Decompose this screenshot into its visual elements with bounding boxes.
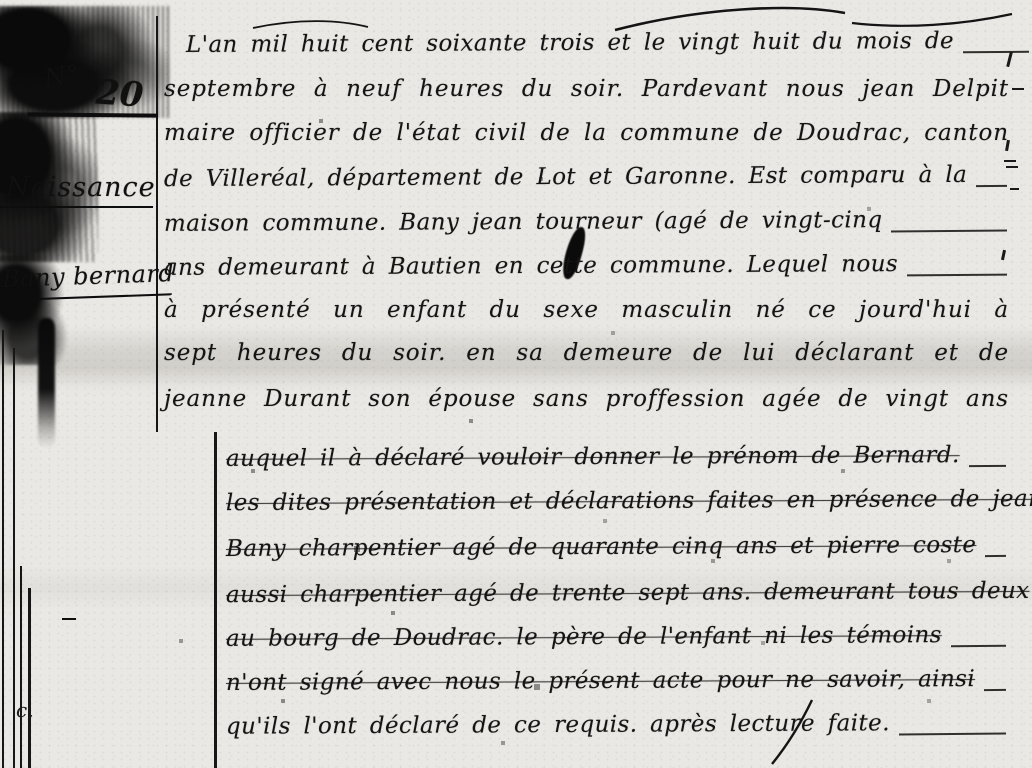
act-line-text: sept heures du soir. en sa demeure de lu… <box>164 340 1009 366</box>
ink-fill-stroke <box>951 645 1006 647</box>
act-line: maison commune. Bany jean tourneur (agé … <box>164 205 1009 239</box>
act-line: sept heures du soir. en sa demeure de lu… <box>164 336 1009 370</box>
act-line-text: qu'ils l'ont déclaré de ce requis. après… <box>226 706 890 743</box>
ink-specks <box>0 0 2 2</box>
act-line: les dites présentation et déclarations f… <box>226 484 1008 518</box>
page-edge-line <box>2 330 4 768</box>
ink-fill-stroke <box>969 465 1006 467</box>
act-line-text: auquel il à déclaré vouloir donner le pr… <box>226 438 960 476</box>
binding-ink-streak <box>38 318 55 448</box>
act-line: Bany charpentier agé de quarante cinq an… <box>226 530 1008 564</box>
registry-page-scan: N° 20 Naissance Bany bernard c, L'an mil… <box>0 0 1032 768</box>
act-number: 20 <box>95 72 145 115</box>
ink-fill-stroke <box>963 51 1029 54</box>
child-name-underline <box>16 293 172 300</box>
act-line-text: de Villeréal, département de Lot et Garo… <box>164 158 967 196</box>
ink-fill-stroke <box>891 229 1007 232</box>
act-type-label: Naissance <box>6 172 156 203</box>
act-line: qu'ils l'ont déclaré de ce requis. après… <box>226 708 1008 742</box>
act-line-text: maison commune. Bany jean tourneur (agé … <box>164 203 883 241</box>
facing-page-tick <box>1010 188 1019 190</box>
margin-rule-upper <box>156 16 158 432</box>
act-line: jeanne Durant son épouse sans proffessio… <box>164 382 1009 416</box>
ink-fill-stroke <box>907 274 1007 277</box>
act-line: à présenté un enfant du sexe masculin né… <box>164 293 1009 327</box>
act-number-sign: N° <box>42 60 82 95</box>
act-line: au bourg de Doudrac. le père de l'enfant… <box>226 620 1008 654</box>
corner-pen-mark: c, <box>16 698 34 722</box>
page-edge-line <box>28 588 31 768</box>
act-line: aussi charpentier agé de trente sept ans… <box>226 576 1008 610</box>
act-line-text: aussi charpentier agé de trente sept ans… <box>226 574 1030 612</box>
act-line: ans demeurant à Bautien en cette commune… <box>164 249 1009 283</box>
act-line: maire officier de l'état civil de la com… <box>164 116 1009 150</box>
page-edge-line <box>13 348 15 768</box>
ink-fill-stroke <box>899 733 1006 736</box>
act-line-text: au bourg de Doudrac. le père de l'enfant… <box>226 618 942 656</box>
act-type-underline <box>0 206 153 208</box>
act-line: septembre à neuf heures du soir. Pardeva… <box>164 72 1009 106</box>
ink-fill-stroke <box>985 555 1006 557</box>
ink-fill-stroke <box>984 689 1006 691</box>
binding-ink-blotch <box>0 6 170 118</box>
act-line-text: Bany charpentier agé de quarante cinq an… <box>226 528 977 566</box>
act-line-text: à présenté un enfant du sexe masculin né… <box>164 297 1009 323</box>
act-line: de Villeréal, département de Lot et Garo… <box>164 160 1009 194</box>
act-line-text: septembre à neuf heures du soir. Pardeva… <box>164 76 1009 102</box>
act-line-text: maire officier de l'état civil de la com… <box>164 120 1009 146</box>
act-line-text: ans demeurant à Bautien en cette commune… <box>164 247 898 285</box>
act-line-text: L'an mil huit cent soixante trois et le … <box>186 24 954 62</box>
margin-rule-lower <box>214 432 217 768</box>
facing-page-tick <box>1012 88 1024 90</box>
act-line-text: jeanne Durant son épouse sans proffessio… <box>164 386 1009 412</box>
act-line: L'an mil huit cent soixante trois et le … <box>164 26 1031 60</box>
ink-fill-stroke <box>976 185 1007 187</box>
act-line-text: les dites présentation et déclarations f… <box>226 482 1032 520</box>
margin-child-name: Bany bernard <box>2 259 175 293</box>
act-line: auquel il à déclaré vouloir donner le pr… <box>226 440 1008 474</box>
act-line: n'ont signé avec nous le présent acte po… <box>226 664 1008 698</box>
act-line-text: n'ont signé avec nous le présent acte po… <box>226 662 975 700</box>
edge-tick <box>62 618 76 620</box>
page-edge-line <box>20 566 22 768</box>
